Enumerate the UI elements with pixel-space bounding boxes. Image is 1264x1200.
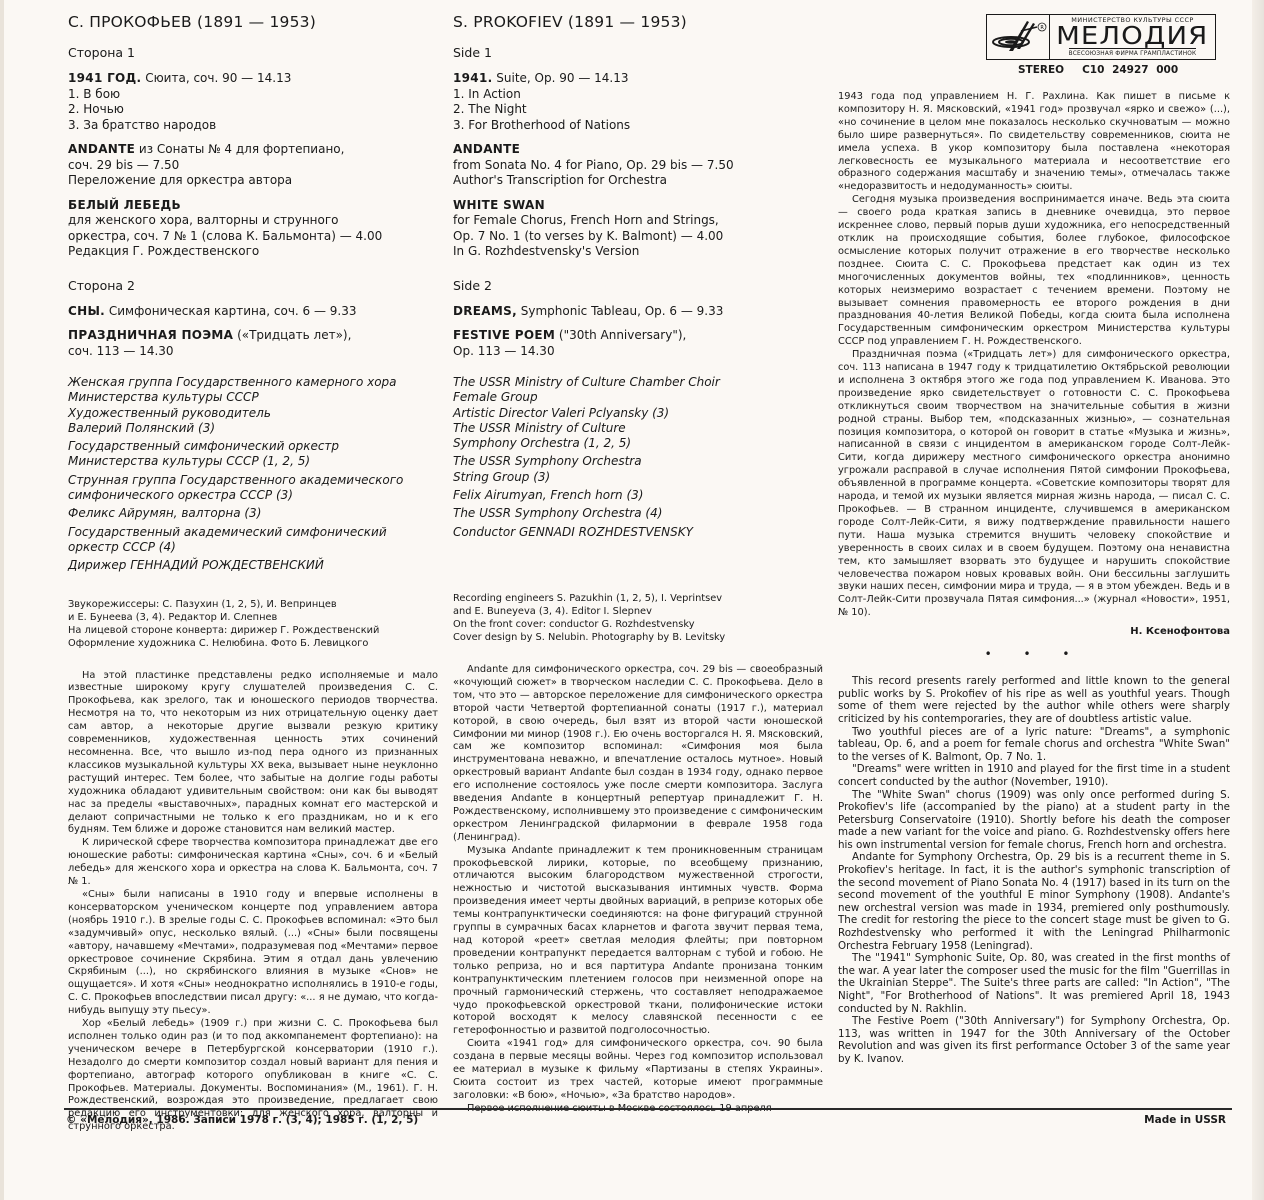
melodiya-logo: R МИНИСТЕРСТВО КУЛЬТУРЫ СССР МЕЛОДИЯ ВСЕ…: [986, 14, 1216, 60]
performers-en: The USSR Ministry of Culture Chamber Cho…: [453, 375, 823, 540]
work-white-swan-en: WHITE SWAN for Female Chorus, French Hor…: [453, 198, 823, 260]
sleeve-right-edge: [1252, 0, 1264, 1200]
english-tracklist-column: S. PROKOFIEV (1891 — 1953) Side 1 1941. …: [453, 12, 823, 1116]
side-1-heading-ru: Сторона 1: [68, 45, 438, 61]
work-title: ПРАЗДНИЧНАЯ ПОЭМА: [68, 328, 233, 342]
work-title: ANDANTE: [453, 142, 823, 158]
catalog-line: STEREOC10 24927 000: [1018, 64, 1230, 77]
movement: 2. The Night: [453, 102, 823, 118]
work-white-swan-ru: БЕЛЫЙ ЛЕБЕДЬ для женского хора, валторны…: [68, 198, 438, 260]
work-festive-poem-ru: ПРАЗДНИЧНАЯ ПОЭМА («Тридцать лет»), соч.…: [68, 328, 438, 359]
paragraph: 1943 года под управлением Н. Г. Рахлина.…: [838, 91, 1230, 194]
credit-line: Cover design by S. Nelubin. Photography …: [453, 631, 823, 644]
sleeve-left-edge: [0, 0, 4, 1200]
performer-group: The USSR Symphony Orchestra (4): [453, 506, 823, 521]
author-signature: Н. Ксенофонтова: [838, 626, 1230, 637]
work-title: СНЫ.: [68, 304, 105, 318]
work-1941-ru: 1941 ГОД. Сюита, соч. 90 — 14.13 1. В бо…: [68, 71, 438, 133]
movement: 1. В бою: [68, 87, 438, 103]
paragraph: Музыка Andante принадлежит к тем проникн…: [453, 845, 823, 1039]
paragraph: Andante for Symphony Orchestra, Op. 29 b…: [838, 851, 1230, 952]
work-1941-en: 1941. Suite, Op. 90 — 14.13 1. In Action…: [453, 71, 823, 133]
stereo-label: STEREO: [1018, 64, 1064, 76]
credit-line: On the front cover: conductor G. Rozhdes…: [453, 618, 823, 631]
liner-notes-continued: Andante для симфонического оркестра, соч…: [453, 664, 823, 1116]
paragraph: Two youthful pieces are of a lyric natur…: [838, 726, 1230, 764]
side-2-heading-ru: Сторона 2: [68, 278, 438, 294]
paragraph: Сюита «1941 год» для симфонического орке…: [453, 1038, 823, 1103]
copyright-notice: © «Мелодия», 1986. Записи 1978 г. (3, 4)…: [66, 1114, 418, 1126]
work-title: WHITE SWAN: [453, 198, 823, 214]
credit-line: Оформление художника С. Нелюбина. Фото Б…: [68, 637, 438, 650]
work-dreams-en: DREAMS, Symphonic Tableau, Op. 6 — 9.33: [453, 304, 823, 320]
movement: 3. For Brotherhood of Nations: [453, 118, 823, 134]
right-column: R МИНИСТЕРСТВО КУЛЬТУРЫ СССР МЕЛОДИЯ ВСЕ…: [838, 12, 1230, 1066]
performer-group: Государственный симфонический оркестрМин…: [68, 439, 438, 470]
performer-group: The USSR Symphony OrchestraString Group …: [453, 454, 823, 485]
paragraph: The "1941" Symphonic Suite, Op. 80, was …: [838, 952, 1230, 1015]
paragraph: На этой пластинке представлены редко исп…: [68, 670, 438, 838]
liner-notes-en: This record presents rarely performed an…: [838, 675, 1230, 1065]
credit-line: На лицевой стороне конверта: дирижер Г. …: [68, 624, 438, 637]
work-andante-en: ANDANTE from Sonata No. 4 for Piano, Op.…: [453, 142, 823, 189]
work-festive-poem-en: FESTIVE POEM ("30th Anniversary"), Op. 1…: [453, 328, 823, 359]
performer-group: Felix Airumyan, French horn (3): [453, 488, 823, 503]
performer-group: The USSR Ministry of Culture Chamber Cho…: [453, 375, 823, 451]
credit-line: Recording engineers S. Pazukhin (1, 2, 5…: [453, 592, 823, 605]
credits-ru: Звукорежиссеры: С. Пазухин (1, 2, 5), И.…: [68, 598, 438, 650]
work-title: DREAMS,: [453, 304, 517, 318]
performer-group: Струнная группа Государственного академи…: [68, 473, 438, 504]
credits-en: Recording engineers S. Pazukhin (1, 2, 5…: [453, 592, 823, 644]
work-title: 1941.: [453, 71, 492, 85]
credit-line: Звукорежиссеры: С. Пазухин (1, 2, 5), И.…: [68, 598, 438, 611]
side-2-heading-en: Side 2: [453, 278, 823, 294]
credit-line: and E. Buneyeva (3, 4). Editor I. Slepne…: [453, 605, 823, 618]
paragraph: Праздничная поэма («Тридцать лет») для с…: [838, 349, 1230, 620]
performers-ru: Женская группа Государственного камерног…: [68, 375, 438, 574]
catalog-number: C10 24927 000: [1082, 64, 1178, 76]
performer-group: Женская группа Государственного камерног…: [68, 375, 438, 436]
russian-tracklist-column: С. ПРОКОФЬЕВ (1891 — 1953) Сторона 1 194…: [68, 12, 438, 1134]
work-title: 1941 ГОД.: [68, 71, 141, 85]
brand-name: МЕЛОДИЯ: [1056, 24, 1208, 48]
made-in-label: Made in USSR: [1144, 1114, 1226, 1126]
movement: 3. За братство народов: [68, 118, 438, 134]
work-title: БЕЛЫЙ ЛЕБЕДЬ: [68, 198, 438, 214]
paragraph: К лирической сфере творчества композитор…: [68, 837, 438, 889]
performer-group: Феликс Айрумян, валторна (3): [68, 506, 438, 521]
melodiya-record-emblem-icon: R: [987, 15, 1050, 59]
work-title: FESTIVE POEM: [453, 328, 555, 342]
paragraph: «Сны» были написаны в 1910 году и впервы…: [68, 889, 438, 1018]
paragraph: "Dreams" were written in 1910 and played…: [838, 763, 1230, 788]
paragraph: The "White Swan" chorus (1909) was only …: [838, 789, 1230, 852]
section-separator: • • •: [838, 647, 1230, 661]
side-1-heading-en: Side 1: [453, 45, 823, 61]
performer-group: Государственный академический симфоничес…: [68, 525, 438, 556]
performer-group: Conductor GENNADI ROZHDESTVENSKY: [453, 525, 823, 540]
work-dreams-ru: СНЫ. Симфоническая картина, соч. 6 — 9.3…: [68, 304, 438, 320]
composer-title-ru: С. ПРОКОФЬЕВ (1891 — 1953): [68, 12, 438, 32]
svg-text:R: R: [1040, 25, 1044, 31]
movement: 1. In Action: [453, 87, 823, 103]
liner-notes-ru-continued: 1943 года под управлением Н. Г. Рахлина.…: [838, 91, 1230, 620]
composer-title-en: S. PROKOFIEV (1891 — 1953): [453, 12, 823, 32]
paragraph: This record presents rarely performed an…: [838, 675, 1230, 725]
paragraph: Andante для симфонического оркестра, соч…: [453, 664, 823, 845]
paragraph: Сегодня музыка произведения воспринимает…: [838, 194, 1230, 349]
paragraph: The Festive Poem ("30th Anniversary") fo…: [838, 1015, 1230, 1065]
work-title: ANDANTE: [68, 142, 135, 156]
footer-divider: [64, 1108, 1232, 1110]
work-andante-ru: ANDANTE из Сонаты № 4 для фортепиано, со…: [68, 142, 438, 189]
movement: 2. Ночью: [68, 102, 438, 118]
credit-line: и Е. Бунеева (3, 4). Редактор И. Слепнев: [68, 611, 438, 624]
liner-notes-ru: На этой пластинке представлены редко исп…: [68, 670, 438, 1135]
performer-group: Дирижер ГЕННАДИЙ РОЖДЕСТВЕНСКИЙ: [68, 558, 438, 573]
